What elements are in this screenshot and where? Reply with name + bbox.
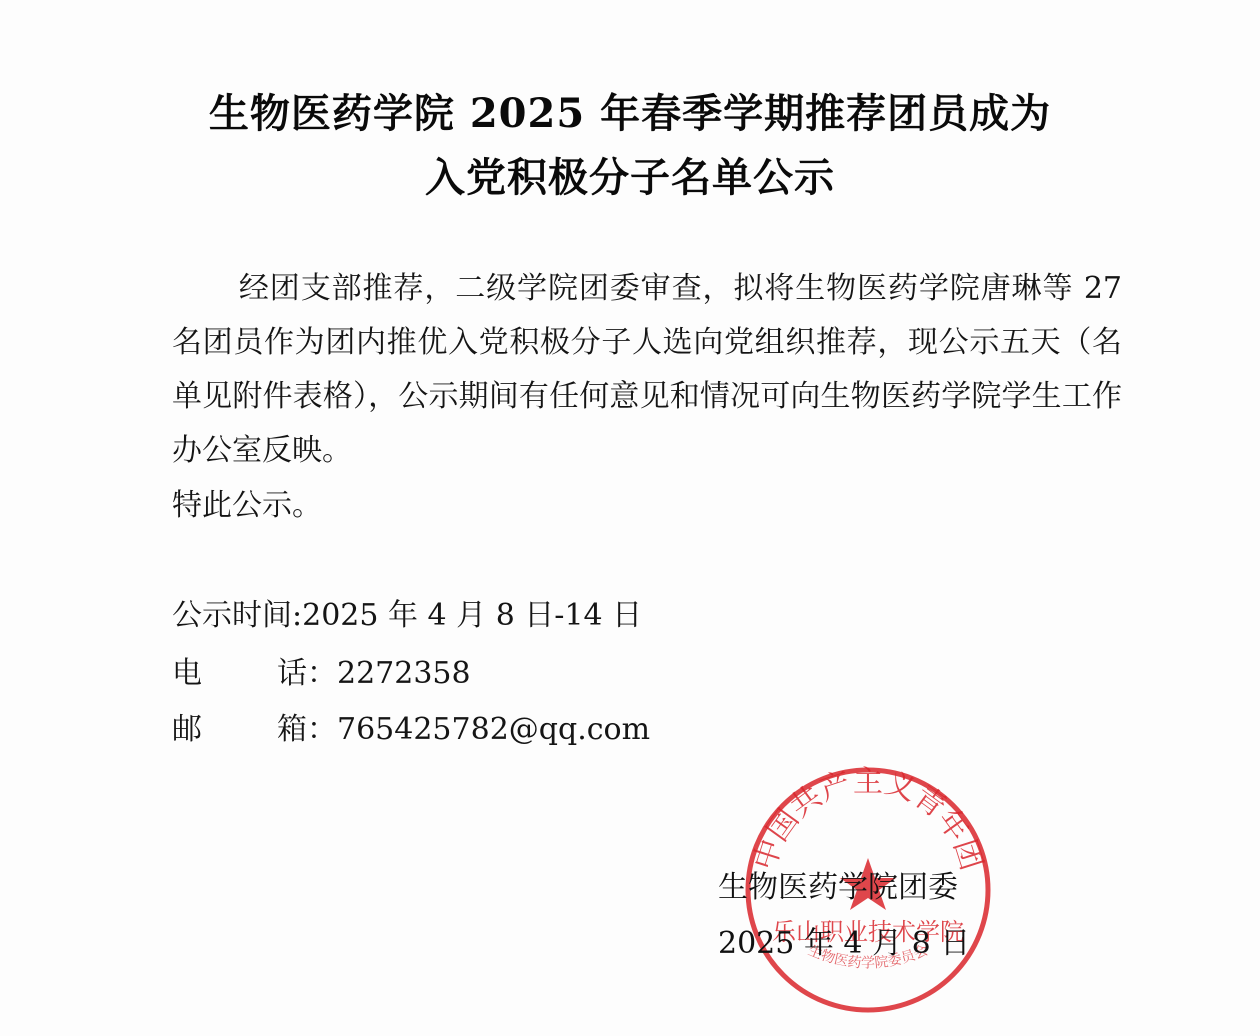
seal-top-text: 中国共产主义青年团	[747, 764, 989, 874]
email-label-a: 邮	[172, 704, 277, 748]
period-label: 公示时间:	[172, 598, 302, 633]
svg-text:中国共产主义青年团: 中国共产主义青年团	[747, 764, 989, 874]
period-value: 2025 年 4 月 8 日-14 日	[302, 598, 642, 633]
body-paragraph: 经团支部推荐，二级学院团委审查，拟将生物医药学院唐琳等 27 名团员作为团内推优…	[172, 262, 1122, 478]
document-title-line-2: 入党积极分子名单公示	[0, 146, 1260, 203]
email-value: 765425782@qq.com	[337, 712, 650, 747]
phone-label-b: 话：	[277, 656, 337, 691]
phone-line: 电话：2272358	[172, 648, 471, 692]
email-label-b: 箱：	[277, 712, 337, 747]
publicity-period: 公示时间:2025 年 4 月 8 日-14 日	[172, 590, 642, 634]
email-line: 邮箱：765425782@qq.com	[172, 704, 650, 748]
phone-value: 2272358	[337, 656, 471, 691]
signature-org: 生物医药学院团委	[718, 862, 958, 906]
document-title-line-1: 生物医药学院 2025 年春季学期推荐团员成为	[0, 82, 1260, 139]
phone-label-a: 电	[172, 648, 277, 692]
closing-text: 特此公示。	[172, 480, 322, 524]
signature-date: 2025 年 4 月 8 日	[718, 918, 970, 962]
body-text: 经团支部推荐，二级学院团委审查，拟将生物医药学院唐琳等 27 名团员作为团内推优…	[172, 271, 1122, 468]
